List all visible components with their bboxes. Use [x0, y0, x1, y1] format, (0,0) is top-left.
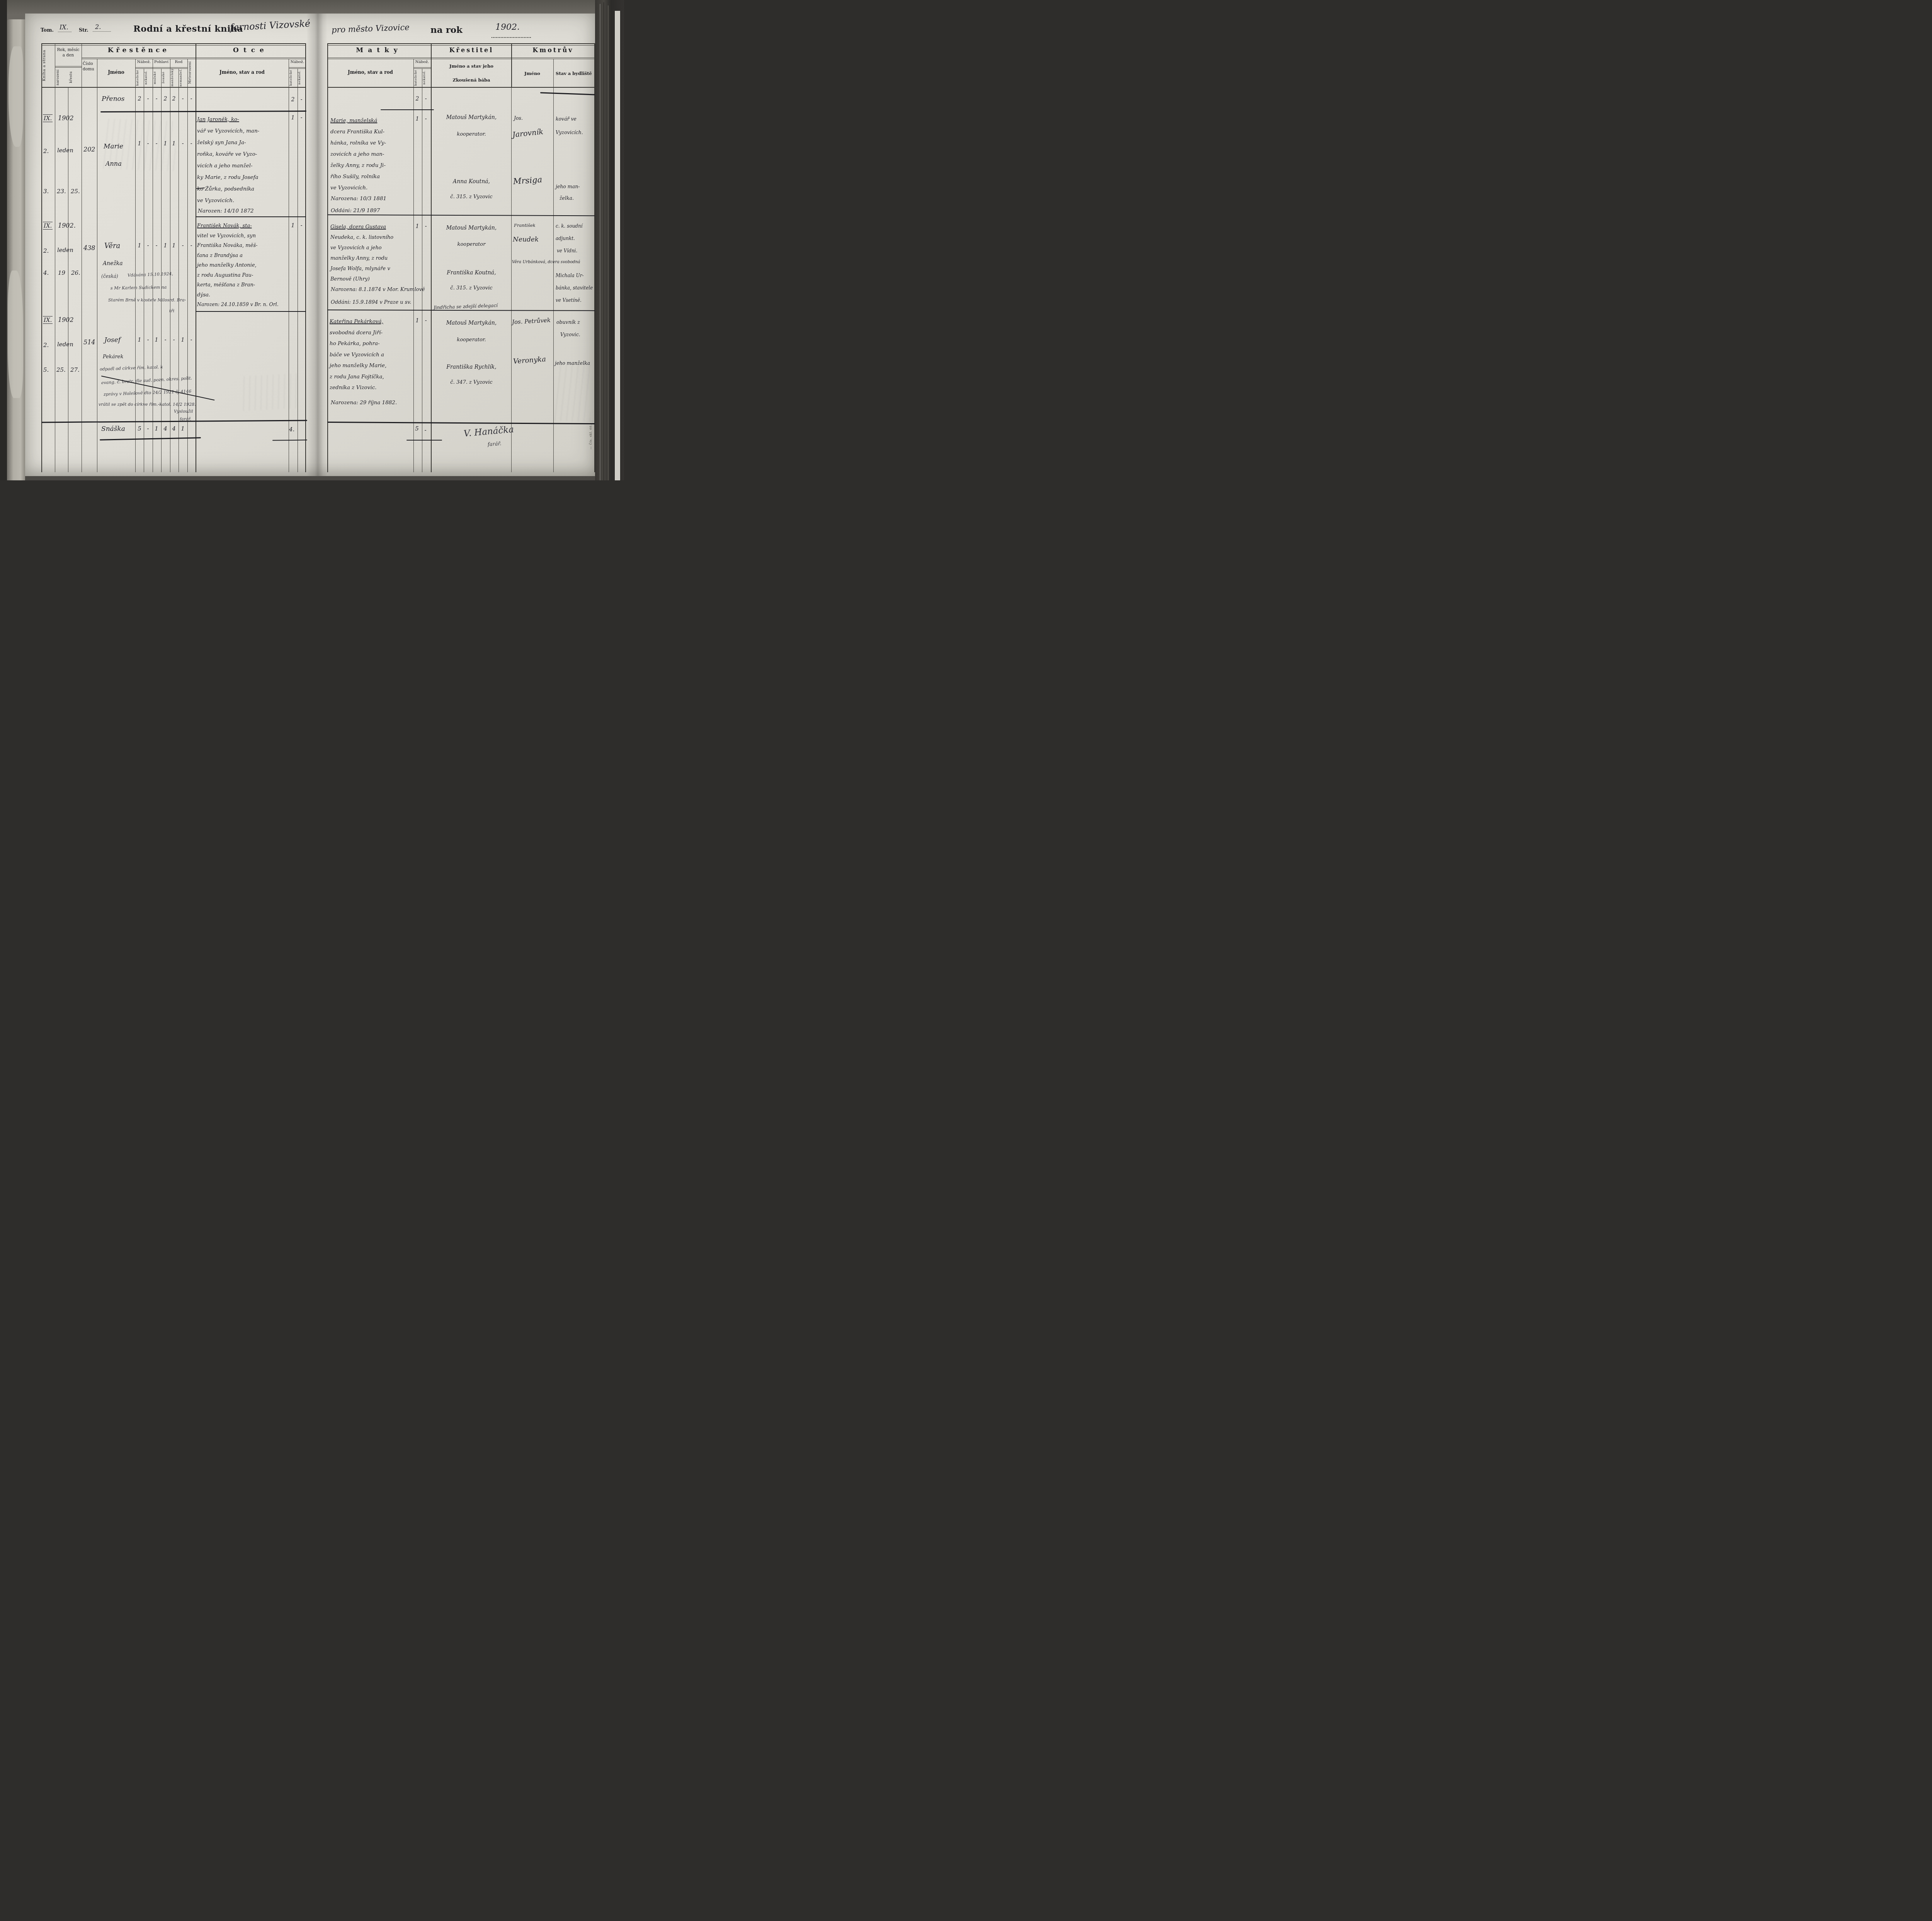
page-stack-line	[608, 5, 609, 480]
flag-nekatol: -	[144, 243, 152, 249]
baptism-day: 25.	[71, 188, 80, 195]
flag-katolicke: 1	[135, 243, 144, 249]
mother-born: Narozena: 10/3 1881	[331, 196, 386, 202]
page-strana: 5.	[43, 366, 49, 373]
baptizer-title: kooperator.	[434, 337, 509, 343]
baptizer-title: kooperator	[434, 242, 509, 247]
column-matka-nekatol: nekatol.	[422, 69, 430, 87]
birth-month: leden	[57, 147, 73, 154]
center-fold-shadow	[306, 14, 327, 476]
godfather-name: František	[514, 223, 536, 228]
torn-paper-patch	[8, 271, 23, 398]
mother-nekatol: -	[422, 116, 430, 122]
godmother-status: bánka, stavitele	[556, 285, 593, 291]
midwife-name: Františka Rychlík,	[434, 364, 509, 370]
father-nekatol: -	[297, 223, 306, 229]
midwife-address: č. 315. z Vyzovic	[434, 194, 509, 200]
godmother-status: jeho manželka	[555, 360, 590, 366]
mother-katolicke: 1	[413, 318, 422, 324]
summary-underline	[406, 440, 442, 441]
father-description: Jan Jaroněk, ko- vář ve Vyzovicích, man-…	[197, 114, 291, 206]
mother-description: Kateřina Pekárková, svobodná dcera Jiří-…	[330, 316, 414, 393]
table-top-rule	[41, 43, 306, 44]
godfather-status: c. k. soudní	[556, 223, 583, 229]
book-number: IX.	[43, 114, 53, 122]
grid-line	[422, 87, 422, 472]
midwife-address: č. 347. z Vyzovic	[434, 379, 509, 385]
column-matka-katolicke: katolické	[414, 69, 422, 87]
naboz-subrule	[289, 67, 306, 68]
mother-katolicke: 1	[413, 116, 422, 122]
column-matka-naboz: Nábož.	[413, 60, 431, 64]
father-katolicke: 1	[289, 115, 297, 121]
row-separator	[196, 216, 306, 217]
godfather-status: Vyzovic.	[560, 332, 580, 337]
column-otec-katolicke: katolické	[289, 69, 297, 87]
row-separator	[381, 109, 434, 110]
section-rule	[327, 59, 595, 59]
column-zkousena-baba: Zkoušená bába	[432, 77, 511, 83]
grid-line	[431, 87, 432, 472]
house-number: 202	[83, 146, 95, 153]
midwife-name: Anna Koutná,	[434, 179, 509, 185]
column-nemanzel: nemanžel.	[179, 69, 187, 87]
grid-line	[511, 87, 512, 472]
column-naboz: Nábož.	[135, 60, 153, 64]
page-stack-line	[600, 4, 600, 480]
page-strana: 4.	[43, 269, 49, 276]
godfather-name: Jos.	[514, 115, 523, 121]
prenos-matka-katolicke: 2	[413, 96, 422, 102]
child-note: (česká)	[101, 274, 118, 279]
apostasy-note-line: vrátil se zpět do církve řím.-katol. 14/…	[99, 402, 196, 407]
section-krestence: Křestěnce	[82, 46, 196, 54]
left-scan-edge	[0, 0, 7, 480]
column-nekatol: nekatol.	[144, 69, 152, 87]
summary-nekatol: -	[144, 425, 152, 432]
na-rok-label: na rok	[430, 25, 463, 35]
naboz-subrule	[135, 67, 187, 68]
page-edge-sliver	[614, 11, 621, 480]
baptizer-name: Matouš Martykán,	[434, 320, 509, 326]
mother-description: Marie, manželská dcera Františka Kul- há…	[330, 115, 413, 194]
mother-married: Oddáni: 15.9.1894 v Praze u sv.	[331, 299, 411, 305]
grid-line	[82, 87, 82, 472]
section-matky: Matky	[327, 46, 431, 54]
section-rule	[327, 58, 595, 58]
column-jmeno: Jméno	[97, 70, 135, 75]
flag-mrtvorozeni: -	[187, 141, 196, 147]
father-katolicke: 1	[289, 223, 297, 229]
summary-katolicke: 5	[135, 425, 144, 432]
column-otec-jmeno-stav-rod: Jméno, stav a rod	[196, 70, 289, 75]
row-ordinal: 2.	[43, 247, 49, 254]
summary-zenske: 4	[161, 425, 170, 432]
year: 1902.	[58, 222, 76, 229]
child-name: Marie	[104, 143, 123, 150]
baptizer-name: Matouš Martykán,	[434, 114, 509, 121]
prenos-katolicke: 2	[135, 96, 144, 102]
godmother-status: Michala Ur-	[556, 273, 583, 278]
grid-line	[305, 87, 306, 472]
flag-muzske: 1	[152, 337, 161, 343]
year: 1902	[58, 114, 74, 122]
printer-edge-mark: — Čís. skl. 68.	[589, 398, 594, 475]
column-kmotr-stav-bydliste: Stav a bydliště	[553, 71, 594, 76]
baptism-day: 26.	[71, 269, 80, 276]
flag-nekatol: -	[144, 337, 152, 343]
table-top-rule	[41, 45, 306, 46]
column-kmotr-jmeno: Jméno	[511, 71, 553, 76]
mother-katolicke: 1	[413, 223, 422, 230]
column-krestu: křestu	[69, 68, 80, 87]
book-number: IX.	[43, 222, 53, 230]
prenos-otec-katolicke: 2	[289, 97, 297, 103]
header-bottom-rule	[41, 87, 306, 88]
grid-line	[55, 87, 55, 472]
scanned-parish-register: Tom. IX. Str. 2. Rodní a křestní kniha f…	[0, 0, 624, 480]
page-stack-line	[604, 2, 604, 480]
mother-nekatol: -	[422, 318, 430, 324]
flag-nemanzel: 1	[179, 337, 187, 343]
register-title-printed: Rodní a křestní kniha	[133, 24, 243, 34]
birth-day: 25.	[56, 366, 66, 373]
column-zenske: ženské	[162, 69, 170, 87]
marriage-note-line: tři	[169, 308, 174, 313]
section-otce: Otce	[196, 46, 306, 54]
godfather-surname: Neudek	[513, 236, 539, 243]
apostasy-note-signature: Vysloužil	[174, 409, 193, 414]
mother-description: Gisela, dcera Gustava Neudeka, c. k. lis…	[330, 222, 413, 284]
prenos-nemanzel: -	[179, 96, 187, 102]
flag-zenske: -	[161, 337, 170, 343]
prenos-zenske: 2	[161, 96, 170, 102]
grid-line	[55, 44, 55, 87]
grid-line	[196, 87, 196, 472]
flag-zenske: 1	[161, 243, 170, 249]
flag-zenske: 1	[161, 141, 170, 147]
birth-day: 23.	[57, 188, 66, 195]
column-muzske: mužské	[153, 69, 161, 87]
mother-born: Narozena: 8.1.1874 v Mor. Krumlově	[331, 287, 425, 293]
ink-bleedthrough	[553, 362, 592, 422]
prenos-otec-nekatol: -	[297, 97, 306, 103]
grid-line	[41, 87, 42, 472]
godmother-status: ve Vsetíně.	[556, 298, 582, 303]
father-born: Narozen: 24.10.1859 v Br. n. Orl.	[197, 301, 279, 307]
grid-line	[553, 87, 554, 472]
column-pohlavi: Pohlaví	[153, 60, 170, 64]
column-matka-jmeno-stav-rod: Jméno, stav a rod	[327, 70, 413, 75]
marriage-note-line: s Mr Karlem Sudickem na	[111, 285, 167, 291]
prenos-matka-nekatol: -	[422, 96, 430, 102]
child-name-2: Pekárek	[103, 354, 123, 360]
column-otec-nekatol: nekatol.	[298, 69, 306, 87]
flag-nekatol: -	[144, 141, 152, 147]
flag-katolicke: 1	[135, 337, 144, 343]
flag-manzelsky: 1	[170, 141, 178, 147]
grid-line	[97, 87, 97, 472]
column-katolicke: katolické	[136, 69, 143, 87]
baptizer-name: Matouš Martykán,	[434, 225, 509, 231]
column-rok-mesic-a-den: Rok, měsíc a den	[56, 47, 81, 58]
column-manzelsky: manželský	[170, 69, 178, 87]
house-number: 514	[83, 339, 95, 346]
marriage-note-line: Starém Brně v kostele Milosrd. Bra-	[108, 298, 186, 303]
book-number: IX.	[43, 316, 53, 324]
flag-muzske: -	[152, 141, 161, 147]
flag-manzelsky: -	[170, 337, 178, 343]
summary-nemanzel: 1	[179, 425, 187, 432]
father-description: František Novák, sta- vitel ve Vyzovicíc…	[197, 221, 291, 300]
child-name: Věra	[104, 242, 120, 250]
apostasy-note-signature: farář.	[180, 417, 191, 422]
flag-mrtvorozeni: -	[187, 243, 196, 249]
prenos-nekatol: -	[144, 96, 152, 102]
godfather-status: kovář ve	[556, 116, 577, 122]
ink-bleedthrough	[239, 373, 299, 411]
midwife-address: č. 315. z Vyzovic	[434, 285, 509, 291]
birth-day: 19	[58, 269, 65, 276]
child-name: Josef	[104, 336, 121, 344]
page-number-label: Str.	[79, 27, 88, 33]
baptism-day: 27.	[70, 366, 80, 373]
tome-value: IX.	[58, 24, 71, 32]
prenos-manzelsky: 2	[170, 96, 178, 102]
grid-line	[327, 87, 328, 472]
child-name-2: Anna	[105, 160, 122, 167]
summary-mother-nekatol: -	[421, 427, 430, 434]
grid-line	[413, 87, 414, 472]
section-kmotruv: Kmotrův	[511, 46, 595, 54]
year: 1902	[58, 316, 74, 323]
godmother-status: želka.	[560, 195, 574, 201]
page-strana: 3.	[43, 188, 49, 195]
summary-manzelsky: 4	[170, 425, 178, 432]
flag-nemanzel: -	[179, 141, 187, 147]
priest-signature-title: farář.	[488, 441, 502, 447]
column-narozeni: narození	[56, 68, 67, 87]
grid-line	[594, 87, 595, 472]
column-mrtvorozeni: Mrtvorození	[188, 59, 195, 87]
grid-line	[187, 59, 188, 87]
grid-line	[298, 87, 298, 472]
birth-month: leden	[57, 341, 73, 348]
column-krestitel-jmeno-a-stav: Jméno a stav jeho	[432, 63, 511, 69]
flag-nemanzel: -	[179, 243, 187, 249]
row-separator	[196, 311, 306, 312]
flag-muzske: -	[152, 243, 161, 249]
prenos-label: Přenos	[102, 95, 125, 103]
column-otec-naboz: Nábož.	[289, 60, 306, 64]
header-bottom-rule	[327, 87, 595, 88]
mother-married: Oddáni: 21/9 1897	[331, 208, 380, 214]
godfather-status: obuvník z	[556, 319, 580, 325]
godfather-status: Vyzovicích.	[556, 129, 583, 135]
godmother-status: jeho man-	[556, 184, 580, 189]
row-ordinal: 2.	[43, 148, 49, 155]
summary-label: Snáška	[101, 425, 125, 433]
mother-nekatol: -	[422, 223, 430, 230]
house-number: 438	[83, 244, 95, 252]
naboz-subrule	[413, 67, 431, 68]
baptizer-title: kooperator.	[434, 131, 509, 137]
rok-subrule	[55, 67, 82, 68]
flag-katolicke: 1	[135, 141, 144, 147]
prenos-mrtvorozeni: -	[187, 96, 196, 102]
tome-label: Tom.	[41, 27, 54, 33]
midwife-name: Františka Koutná,	[434, 270, 509, 276]
table-top-rule	[327, 43, 595, 44]
child-name-2: Anežka	[103, 260, 123, 267]
summary-mother-katolicke: 5	[413, 425, 421, 432]
page-number-value: 2.	[93, 23, 111, 32]
summary-father-katolicke: 4.	[289, 426, 294, 433]
table-top-rule	[327, 45, 595, 46]
summary-muzske: 1	[152, 425, 161, 432]
father-born: Narozen: 14/10 1872	[198, 208, 254, 214]
rok-subrule	[55, 66, 82, 66]
column-cislo-domu: Číslo domu	[83, 61, 96, 72]
year-dotted-rule	[492, 37, 531, 38]
birth-month: leden	[57, 247, 73, 254]
section-krestitel: Křestitel	[432, 46, 511, 54]
godmother-name: Věra Urbánková, dcera svobodná	[512, 260, 580, 264]
year-value: 1902.	[495, 22, 520, 32]
torn-paper-patch	[9, 46, 23, 147]
section-rule	[82, 58, 306, 58]
row-ordinal: 2.	[43, 342, 49, 349]
flag-manzelsky: 1	[170, 243, 178, 249]
father-nekatol: -	[297, 115, 306, 121]
column-rod: Rod	[170, 60, 187, 64]
grid-line	[68, 87, 68, 472]
godfather-status: ve Vídni.	[557, 248, 577, 254]
mother-born: Narozena: 29 října 1882.	[331, 400, 397, 406]
column-kniha-a-strana: Kniha a strana	[42, 45, 54, 86]
godfather-status: adjunkt.	[556, 236, 575, 241]
prenos-muzske: -	[152, 96, 161, 102]
flag-mrtvorozeni: -	[187, 337, 196, 343]
